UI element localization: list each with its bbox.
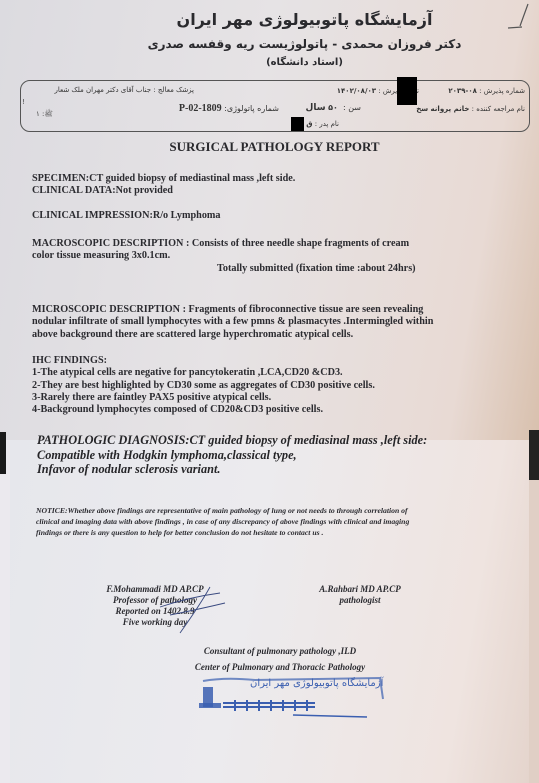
microscopic-line: above background there are scattered lar… [32, 329, 522, 341]
father-name: نام پدر : ق [306, 120, 339, 128]
macroscopic-line: color tissue measuring 3x0.1cm. [32, 250, 502, 262]
specimen-section: SPECIMEN:CT guided biopsy of mediastinal… [32, 173, 502, 198]
microscopic-line: MICROSCOPIC DESCRIPTION : Fragments of f… [32, 304, 522, 316]
lab-name: آزمایشگاه پاتوبیولوژی مهر ایران [0, 10, 539, 29]
checkmark-icon [506, 2, 530, 32]
referring-physician: پزشک معالج : جناب آقای دکتر مهران ملک شع… [54, 86, 194, 94]
paper-fold-shadow [0, 432, 6, 474]
redaction [397, 77, 417, 105]
signer-title: pathologist [300, 595, 420, 606]
patient-age: سن : ۵۰ سال [306, 103, 361, 113]
consultant-block: Consultant of pulmonary pathology ,ILD C… [150, 643, 410, 675]
pathologic-diagnosis: PATHOLOGIC DIAGNOSIS:CT guided biopsy of… [37, 433, 517, 477]
ihc-section: IHC FINDINGS: 1-The atypical cells are n… [32, 355, 502, 416]
ihc-finding: 2-They are best highlighted by CD30 some… [32, 380, 502, 392]
ihc-finding: 3-Rarely there are faintley PAX5 positiv… [32, 392, 502, 404]
notice-line: NOTICE:Whether above findings are repres… [36, 505, 526, 516]
stamp-text: آزمایشگاه پاتوبیولوژی مهر ایران [250, 678, 383, 689]
doctor-title: (استاد دانشگاه) [0, 57, 539, 68]
margin-mark: ۱ :ﷺ [36, 109, 53, 120]
diagnosis-line: PATHOLOGIC DIAGNOSIS:CT guided biopsy of… [37, 433, 517, 448]
clinical-data: CLINICAL DATA:Not provided [32, 185, 502, 197]
macroscopic-line: Totally submitted (fixation time :about … [32, 263, 502, 275]
ihc-finding: 4-Background lymphocytes composed of CD2… [32, 404, 502, 416]
notice-line: clinical and imaging data with above fin… [36, 516, 526, 527]
ihc-heading: IHC FINDINGS: [32, 355, 502, 367]
patient-name: نام مراجعه کننده : خانم پروانه سخ [416, 105, 525, 113]
consultant-line: Consultant of pulmonary pathology ,ILD [150, 643, 410, 659]
diagnosis-line: Compatible with Hodgkin lymphoma,classic… [37, 448, 517, 463]
paper-edge [0, 440, 10, 783]
signature-block-right: A.Rahbari MD AP.CP pathologist [300, 584, 420, 606]
notice: NOTICE:Whether above findings are repres… [36, 505, 526, 538]
paper-fold-shadow [529, 430, 539, 480]
ihc-finding: 1-The atypical cells are negative for pa… [32, 367, 502, 379]
specimen: SPECIMEN:CT guided biopsy of mediastinal… [32, 173, 502, 185]
pathology-number: شماره پاتولوژی: P-02-1809 [179, 103, 279, 114]
signer-name: A.Rahbari MD AP.CP [300, 584, 420, 595]
margin-mark: ! [22, 98, 25, 106]
diagnosis-line: Infavor of nodular sclerosis variant. [37, 462, 517, 477]
admission-number: شماره پذیرش : ۰۸-۲۰۳۹ [448, 87, 525, 95]
handwritten-signature [150, 585, 250, 635]
microscopic-section: MICROSCOPIC DESCRIPTION : Fragments of f… [32, 304, 522, 341]
macroscopic-line: MACROSCOPIC DESCRIPTION : Consists of th… [32, 238, 502, 250]
patient-info-box: شماره پذیرش : ۰۸-۲۰۳۹ تاریخ پذیرش : ۱۴۰۲… [20, 80, 530, 132]
notice-line: findings or there is any question to hel… [36, 527, 526, 538]
report-title: SURGICAL PATHOLOGY REPORT [0, 139, 539, 155]
doctor-line: دکتر فروزان محمدی - پاتولوژیست ریه وقفسه… [0, 37, 539, 51]
redaction [291, 117, 304, 131]
macroscopic-section: MACROSCOPIC DESCRIPTION : Consists of th… [32, 238, 502, 275]
clinical-impression-text: CLINICAL IMPRESSION:R/o Lymphoma [32, 210, 502, 222]
paper-edge [529, 480, 539, 783]
clinical-impression: CLINICAL IMPRESSION:R/o Lymphoma [32, 210, 502, 222]
microscopic-line: nodular infiltrate of small lymphocytes … [32, 316, 522, 328]
